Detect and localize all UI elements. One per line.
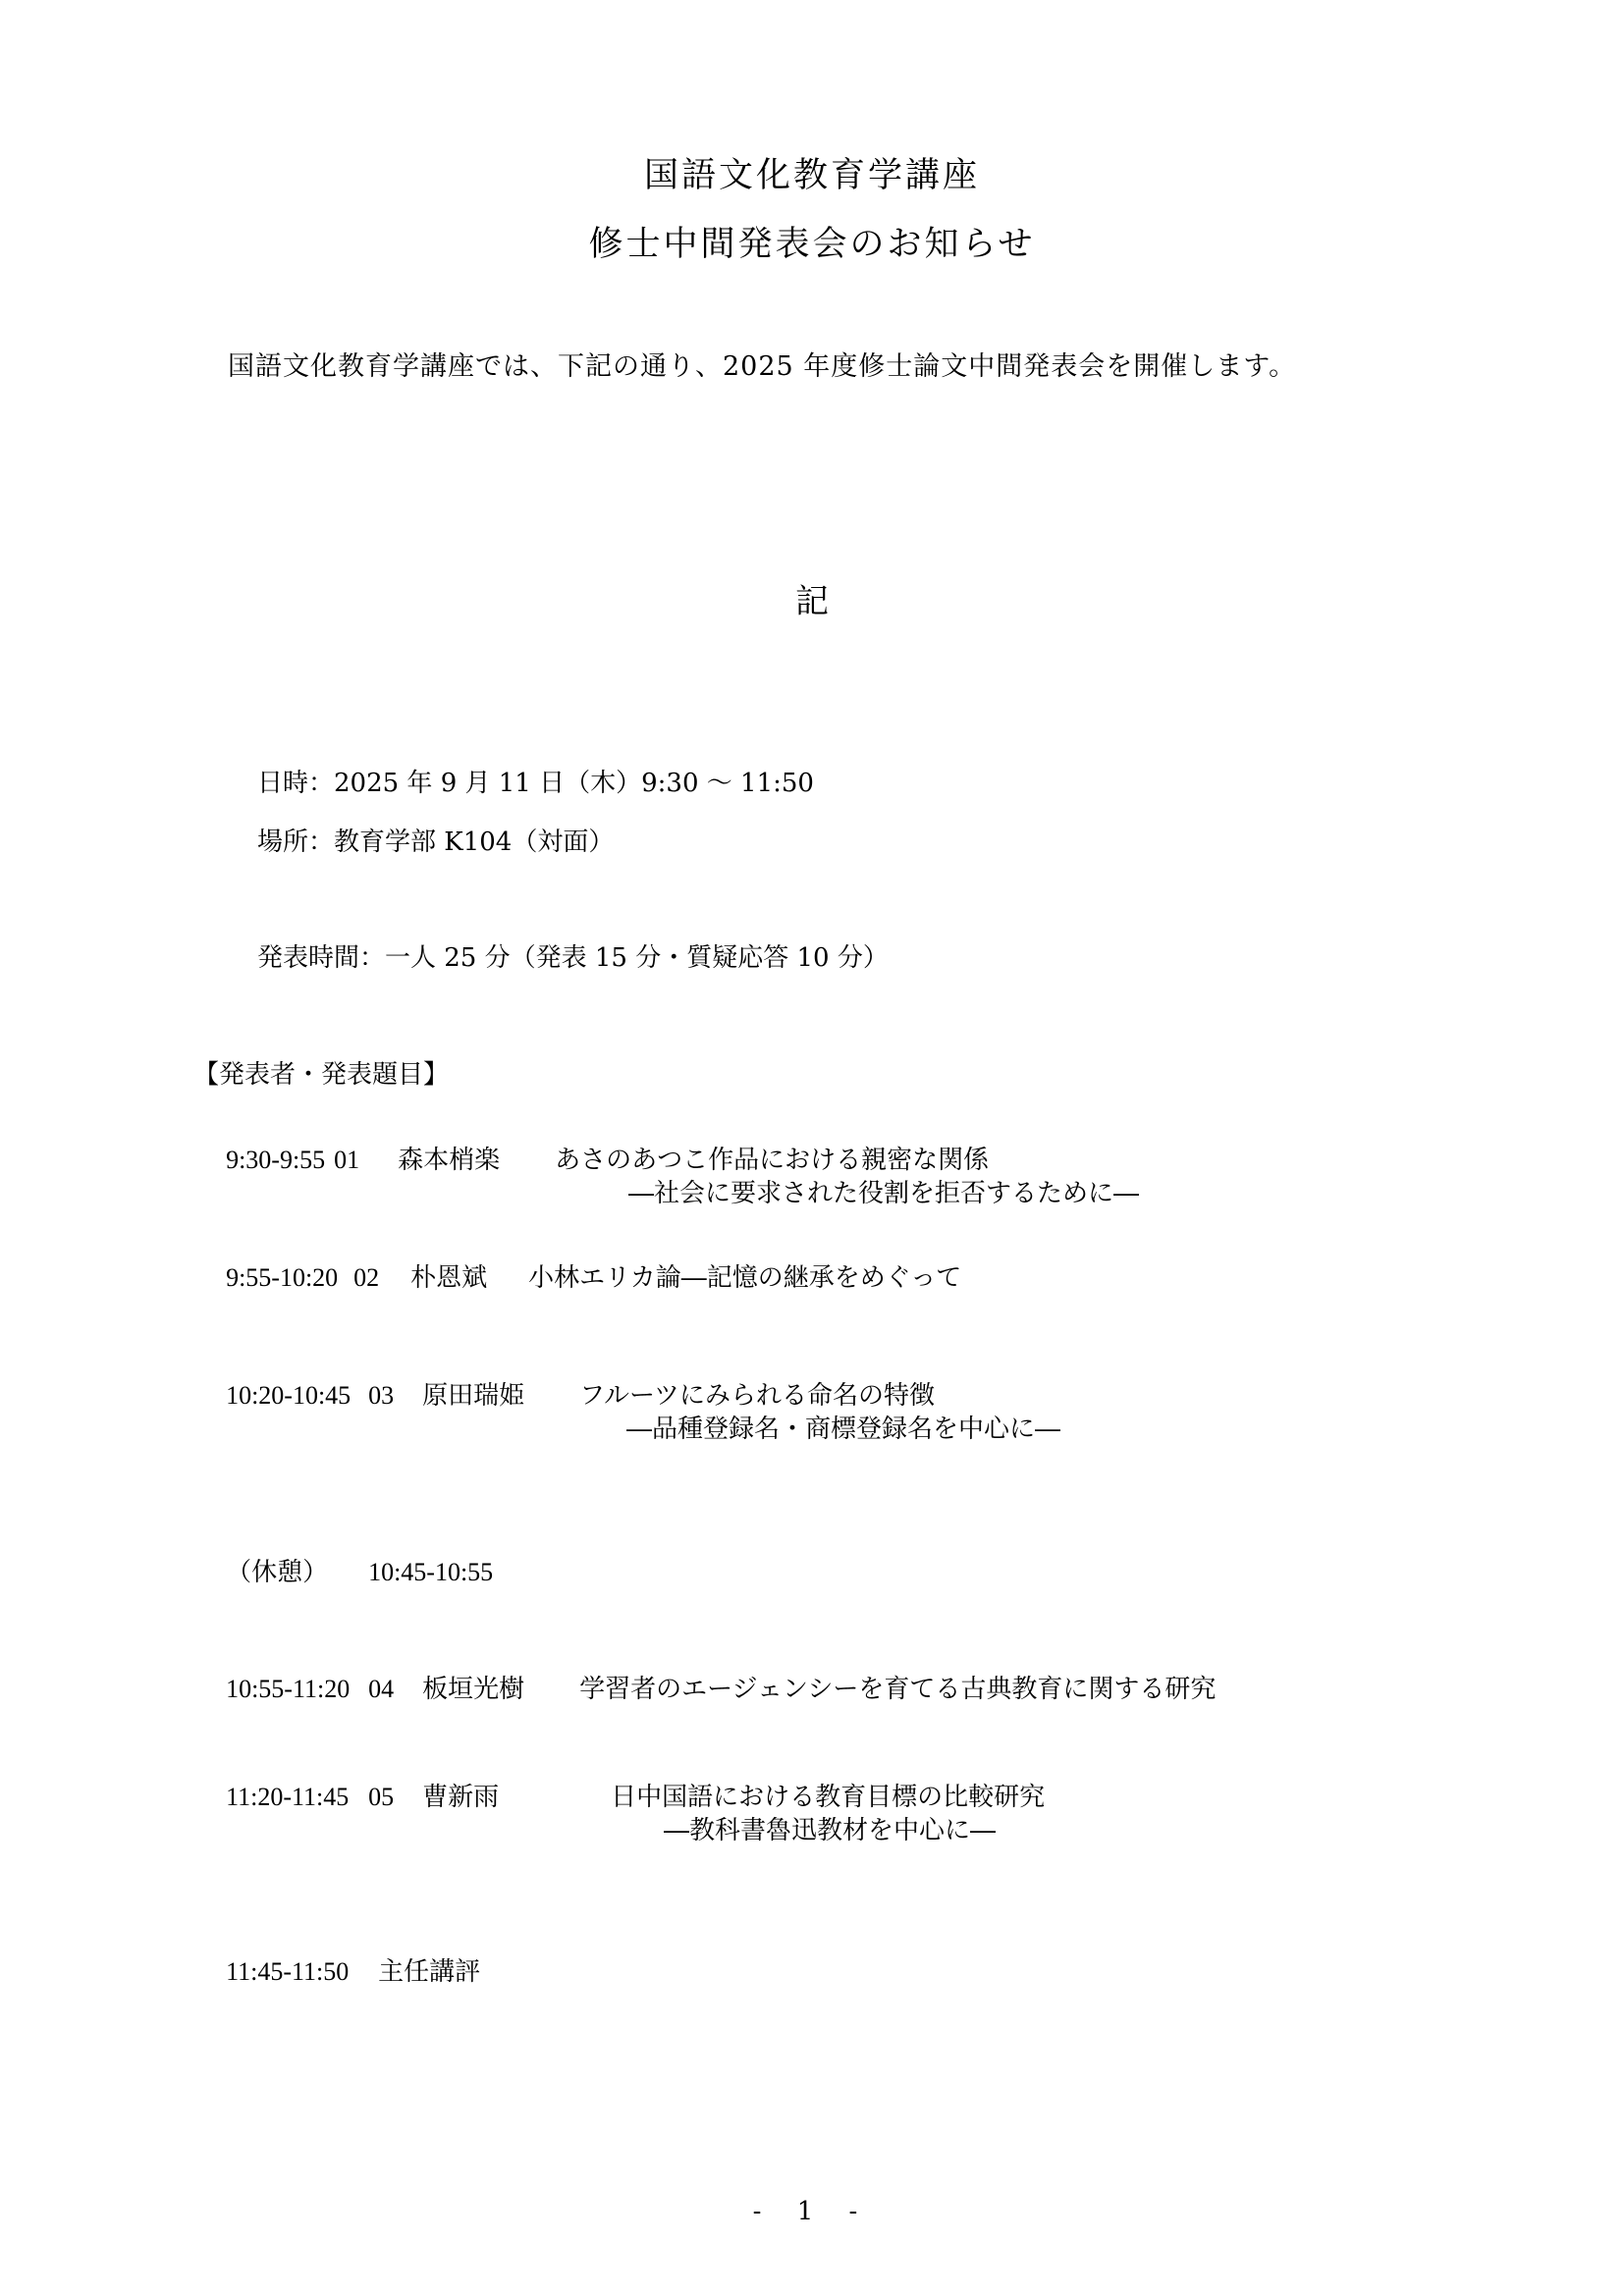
presentation-row: 10:55-11:2004板垣光樹学習者のエージェンシーを育てる古典教育に関する… [193, 1651, 1216, 1728]
program-heading: 【発表者・発表題目】 [193, 1062, 449, 1088]
presentation-number: 05 [368, 1785, 422, 1810]
presentation-title: 小林エリカ論―記憶の継承をめぐって [528, 1265, 961, 1291]
presenter-name: 原田瑞姫 [422, 1383, 579, 1409]
closing-time: 11:45-11:50 [226, 1959, 378, 1985]
presentation-time: 9:30-9:55 [226, 1148, 334, 1173]
presentation-title: 日中国語における教育目標の比較研究 [611, 1785, 1045, 1810]
presentation-title: フルーツにみられる命名の特徴 [579, 1383, 935, 1409]
datetime-line: 日時：2025 年 9 月 11 日（木）9:30 ～ 11:50 [257, 771, 814, 796]
presentation-subtitle: ―社会に要求された役割を拒否するために― [628, 1181, 1139, 1206]
presentation-time: 11:20-11:45 [226, 1785, 368, 1810]
closing-row: 11:45-11:50主任講評 [193, 1934, 480, 2010]
presentation-number: 01 [334, 1148, 398, 1173]
place-line: 場所：教育学部 K104（対面） [257, 829, 614, 855]
closing-label: 主任講評 [378, 1959, 480, 1985]
presentation-number: 03 [368, 1383, 422, 1409]
break-row: （休憩）10:45-10:55 [193, 1534, 493, 1611]
presenter-name: 森本梢楽 [398, 1148, 555, 1173]
duration-line: 発表時間：一人 25 分（発表 15 分・質疑応答 10 分） [257, 945, 889, 971]
break-label: （休憩） [226, 1560, 368, 1585]
presentation-number: 04 [368, 1677, 422, 1702]
presentation-title: あさのあつこ作品における親密な関係 [555, 1148, 989, 1173]
presenter-name: 板垣光樹 [422, 1677, 579, 1702]
presentation-number: 02 [353, 1265, 410, 1291]
title-line-2: 修士中間発表会のお知らせ [0, 228, 1624, 262]
presentation-title: 学習者のエージェンシーを育てる古典教育に関する研究 [579, 1677, 1216, 1702]
presentation-subtitle: ―教科書魯迅教材を中心に― [664, 1818, 996, 1843]
presentation-time: 9:55-10:20 [226, 1265, 353, 1291]
page-number: - 1 - [0, 2199, 1624, 2224]
break-time: 10:45-10:55 [368, 1560, 493, 1585]
presentation-row: 9:55-10:2002朴恩斌小林エリカ論―記憶の継承をめぐって [193, 1240, 961, 1316]
presenter-name: 朴恩斌 [410, 1265, 528, 1291]
intro-text: 国語文化教育学講座では、下記の通り、2025 年度修士論文中間発表会を開催します… [228, 353, 1296, 380]
presentation-time: 10:20-10:45 [226, 1383, 368, 1409]
title-line-1: 国語文化教育学講座 [0, 159, 1624, 193]
ki-heading: 記 [0, 585, 1624, 618]
presentation-time: 10:55-11:20 [226, 1677, 368, 1702]
presentation-subtitle: ―品種登録名・商標登録名を中心に― [626, 1416, 1060, 1442]
presenter-name: 曹新雨 [422, 1785, 611, 1810]
